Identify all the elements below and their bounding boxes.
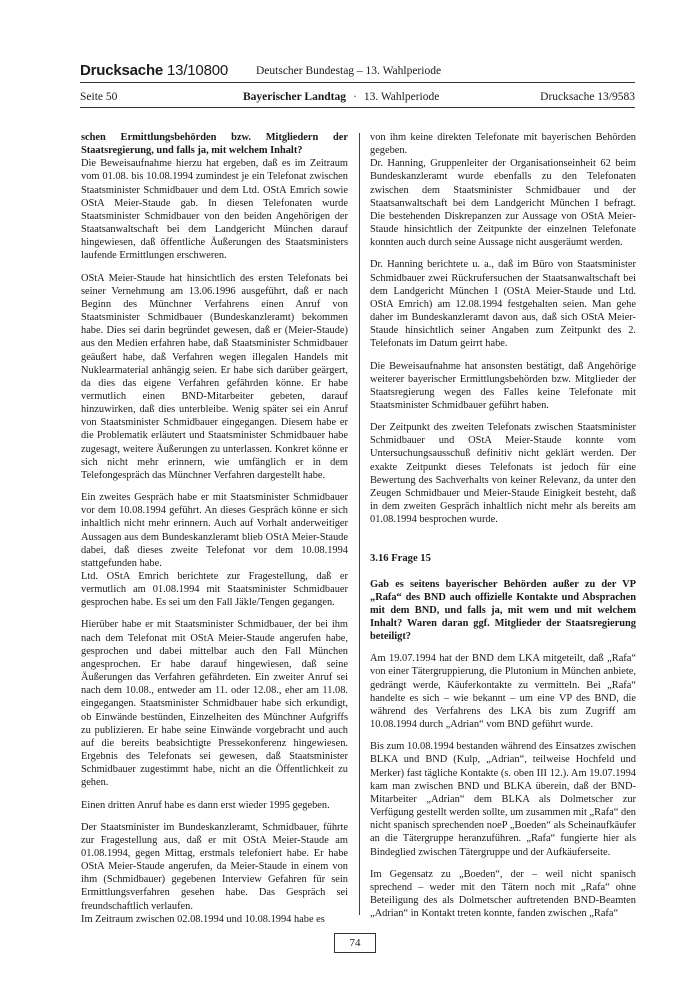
question-tail: schen Ermittlungsbehörden bzw. Mitgliede… bbox=[81, 131, 348, 157]
reference-number: Drucksache 13/9583 bbox=[540, 91, 635, 103]
paragraph: Einen dritten Anruf habe es dann erst wi… bbox=[81, 799, 348, 812]
separator-dot: · bbox=[353, 91, 357, 103]
paragraph: Die Beweisaufnahme hat ansonsten bestäti… bbox=[370, 360, 636, 413]
period-label: 13. Wahlperiode bbox=[364, 91, 440, 103]
paragraph: Dr. Hanning, Gruppenleiter der Organisat… bbox=[370, 157, 636, 249]
drucksache-label: Drucksache bbox=[80, 62, 163, 79]
page-number-box: 74 bbox=[334, 933, 376, 953]
paragraph: Die Beweisaufnahme hierzu hat ergeben, d… bbox=[81, 157, 348, 262]
body-name: Bayerischer Landtag bbox=[243, 91, 346, 103]
paragraph: Ein zweites Gespräch habe er mit Staatsm… bbox=[81, 491, 348, 570]
paragraph: Im Zeitraum zwischen 02.08.1994 und 10.0… bbox=[81, 913, 348, 926]
paragraph: Der Staatsminister im Bundeskanzleramt, … bbox=[81, 821, 348, 913]
paragraph: von ihm keine direkten Telefonate mit ba… bbox=[370, 131, 636, 157]
page-label: Seite 50 bbox=[80, 91, 117, 103]
paragraph: Hierüber habe er mit Staatsminister Schm… bbox=[81, 618, 348, 789]
section-heading: 3.16 Frage 15 bbox=[370, 552, 636, 565]
bundestag-header: Drucksache 13/10800 Deutscher Bundestag … bbox=[80, 62, 635, 83]
document-page: Drucksache 13/10800 Deutscher Bundestag … bbox=[0, 0, 700, 989]
left-column: schen Ermittlungsbehörden bzw. Mitgliede… bbox=[81, 131, 348, 935]
paragraph: Bis zum 10.08.1994 bestanden während des… bbox=[370, 740, 636, 858]
drucksache-number: 13/10800 bbox=[167, 62, 228, 79]
paragraph: OStA Meier-Staude hat hinsichtlich des e… bbox=[81, 272, 348, 483]
paragraph: Im Gegensatz zu „Boeden“, der – weil nic… bbox=[370, 868, 636, 921]
paragraph: Am 19.07.1994 hat der BND dem LKA mitget… bbox=[370, 652, 636, 731]
paragraph: Dr. Hanning berichtete u. a., daß im Bür… bbox=[370, 258, 636, 350]
drucksache-title: Drucksache 13/10800 bbox=[80, 62, 228, 79]
paragraph: Der Zeitpunkt des zweiten Telefonats zwi… bbox=[370, 421, 636, 526]
parliament-period: Deutscher Bundestag – 13. Wahlperiode bbox=[256, 65, 441, 77]
landtag-header: Seite 50 Bayerischer Landtag·13. Wahlper… bbox=[80, 91, 635, 108]
landtag-title: Bayerischer Landtag·13. Wahlperiode bbox=[243, 91, 439, 103]
question-text: Gab es seitens bayerischer Behörden auße… bbox=[370, 578, 636, 644]
paragraph: Ltd. OStA Emrich berichtete zur Frageste… bbox=[81, 570, 348, 609]
right-column: von ihm keine direkten Telefonate mit ba… bbox=[370, 131, 636, 929]
column-divider bbox=[359, 133, 360, 915]
